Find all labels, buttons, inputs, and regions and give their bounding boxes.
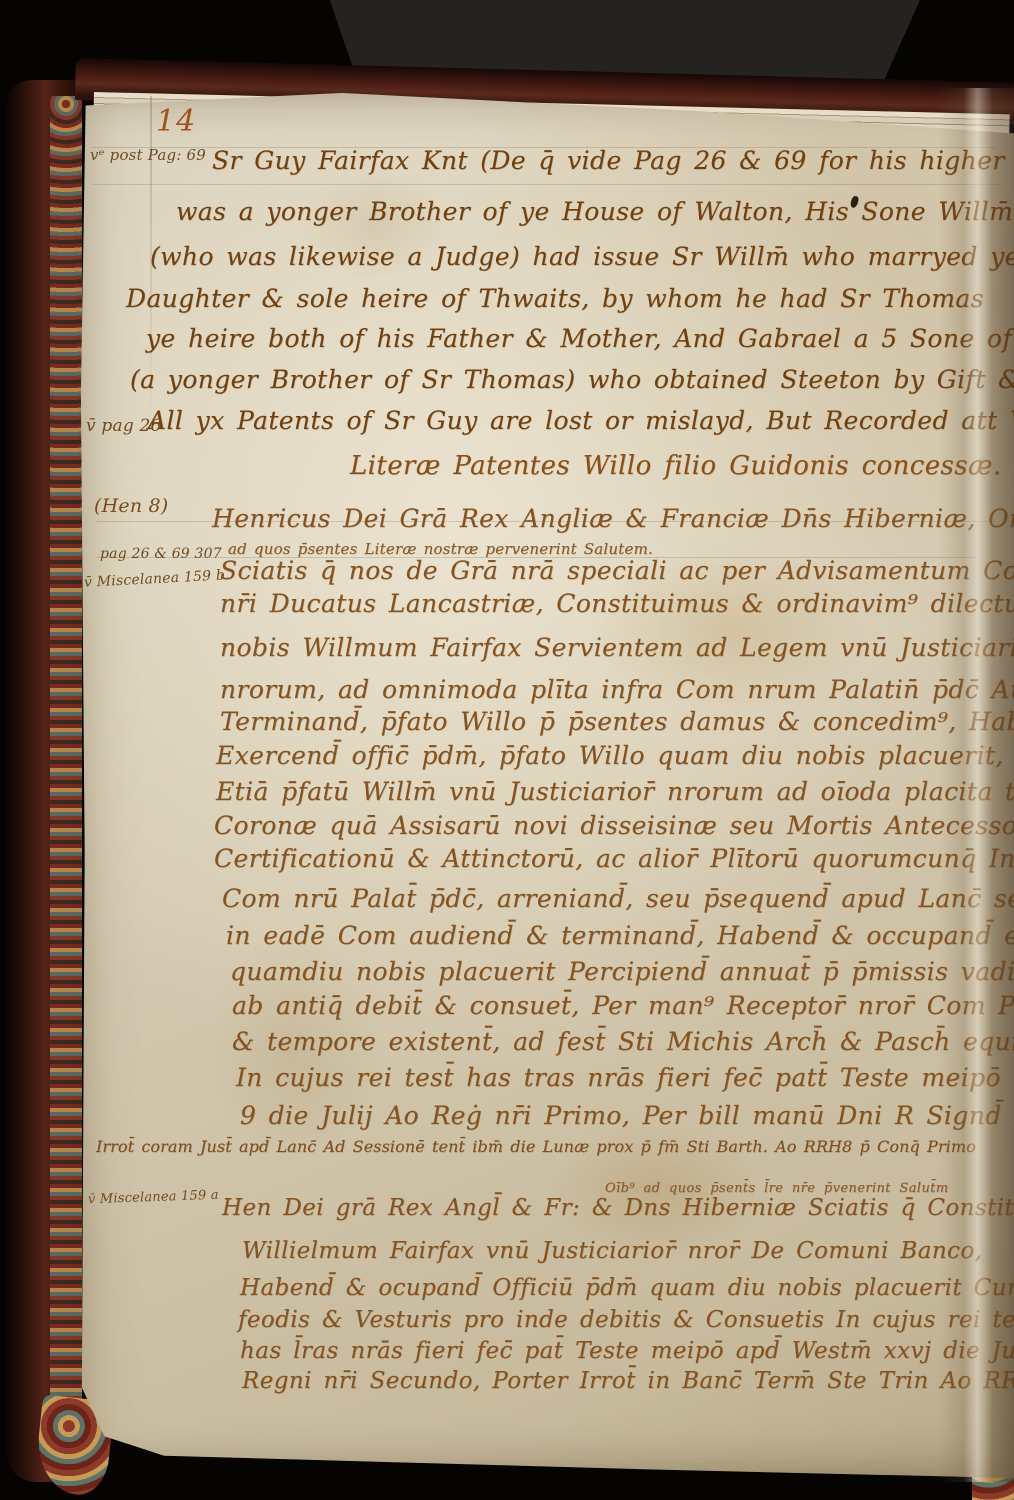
manuscript-line: Hen Dei grā Rex Angl̄ & Fr: & Dns Hibern…	[222, 1195, 1014, 1221]
manuscript-line: quamdiu nobis placuerit Percipiend̄ annu…	[230, 958, 1014, 987]
manuscript-line: (who was likewise a Judge) had issue Sr …	[150, 243, 1014, 272]
manuscript-line: & tempore existent̄, ad fest̄ Sti Michis…	[232, 1028, 1014, 1057]
manuscript-line: (a yonger Brother of Sr Thomas) who obta…	[130, 366, 1014, 395]
manuscript-line: nrorum, ad omnimoda plīta infra Com nrum…	[220, 676, 1014, 705]
manuscript-line: Com nrū Palat̄ p̄dc̄, arreniand̄, seu p̄…	[222, 885, 1014, 914]
manuscript-photo: 14 vᵉ post Pag: 69 v̄ pag 26 (Hen 8) pag…	[0, 0, 1014, 1500]
manuscript-line: was a yonger Brother of ye House of Walt…	[176, 198, 1014, 227]
manuscript-line: All yx Patents of Sr Guy are lost or mis…	[148, 407, 1014, 436]
manuscript-line: Exercend̄ offic̄ p̄dm̄, p̄fato Willo qua…	[216, 742, 1014, 771]
margin-note: vᵉ post Pag: 69	[90, 146, 208, 165]
marbled-endpaper-strip	[50, 96, 82, 1478]
manuscript-line: Coronæ quā Assisarū novi disseisinæ seu …	[214, 812, 1014, 841]
manuscript-line: Sciatis q̄ nos de Grā nrā speciali ac pe…	[220, 557, 1014, 586]
manuscript-line: Daughter & sole heire of Thwaits, by who…	[126, 285, 984, 314]
manuscript-line: feodis & Vesturis pro inde debitis & Con…	[238, 1307, 1014, 1333]
manuscript-line: has l̄ras nrās fieri fec̄ pat̄ Teste mei…	[240, 1338, 1014, 1364]
manuscript-line: Willielmum Fairfax vnū Justiciarior̄ nro…	[242, 1238, 982, 1264]
manuscript-line: 9 die Julij Ao Reġ nr̄i Primo, Per bill …	[240, 1102, 1014, 1131]
margin-note: (Hen 8)	[94, 495, 168, 519]
manuscript-line-heading: Literæ Patentes Willo filio Guidonis con…	[350, 452, 1002, 482]
manuscript-line: Habend̄ & ocupand̄ Officiū p̄dm̄ quam di…	[240, 1275, 1014, 1301]
manuscript-line: In cujus rei test̄ has tras nrās fieri f…	[236, 1064, 1014, 1093]
manuscript-line: nobis Willmum Fairfax Servientem ad Lege…	[220, 634, 1014, 663]
manuscript-enrollment-note: Irrot̄ coram Just̄ apd̄ Lanc̄ Ad Session…	[96, 1138, 976, 1156]
manuscript-line: Certificationū & Attinctorū, ac alior̄ P…	[214, 845, 1014, 874]
manuscript-line: Terminand̄, p̄fato Willo p̄ p̄sentes dam…	[220, 708, 1014, 737]
manuscript-line: ab antiq̄ debit̄ & consuet̄, Per man⁹ Re…	[232, 992, 1014, 1021]
manuscript-line: ye heire both of his Father & Mother, An…	[146, 325, 1014, 354]
manuscript-line: Regni nr̄i Secundo, Porter Irrot̄ in Ban…	[242, 1368, 1014, 1394]
manuscript-line: Etiā p̄fatū Willm̄ vnū Justiciarior̄ nro…	[216, 778, 1014, 807]
page-number: 14	[156, 104, 196, 139]
manuscript-line: Sr Guy Fairfax Knt (De q̄ vide Pag 26 & …	[212, 147, 1014, 176]
manuscript-line: nr̄i Ducatus Lancastriæ, Constituimus & …	[220, 590, 1014, 619]
manuscript-line: Henricus Dei Grā Rex Angliæ & Franciæ Dn…	[212, 505, 1014, 534]
manuscript-line: in eadē Com audiend̄ & terminand̄, Haben…	[226, 922, 1014, 951]
margin-note: pag 26 & 69 307	[100, 546, 222, 564]
